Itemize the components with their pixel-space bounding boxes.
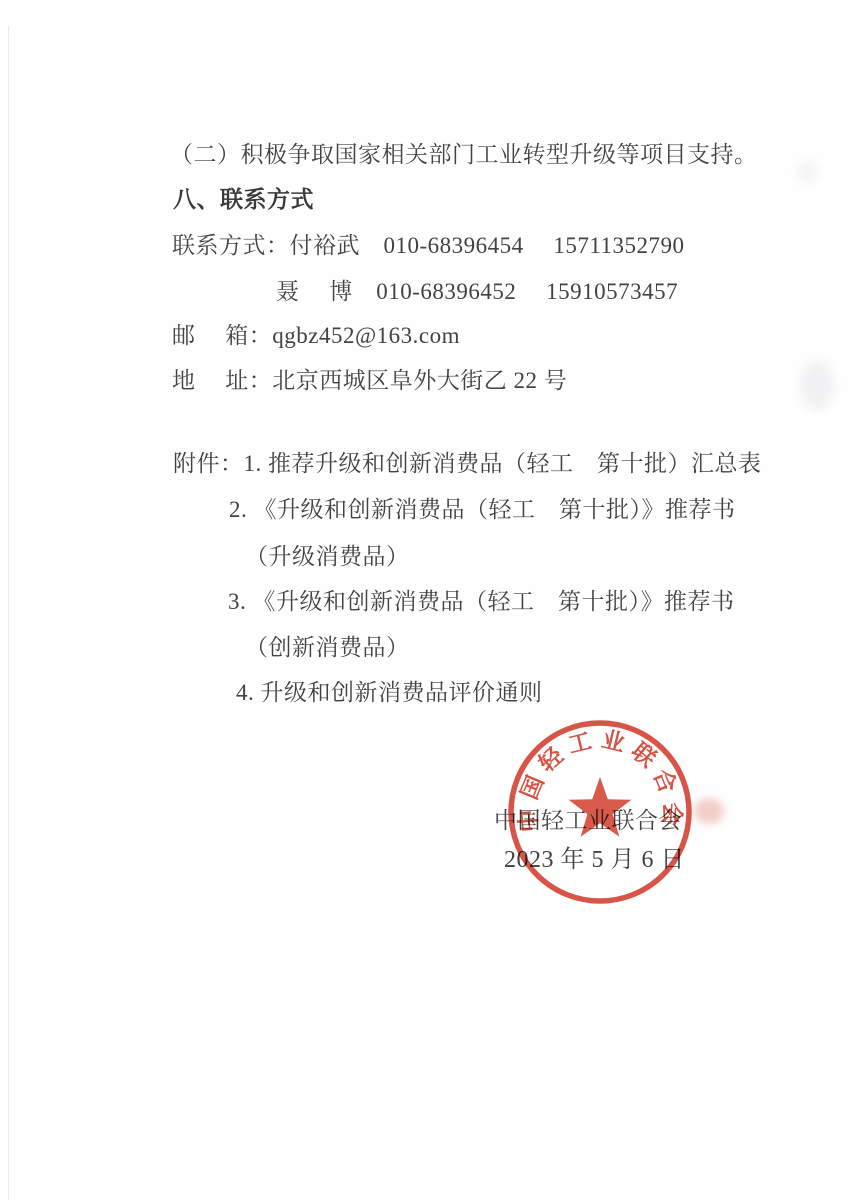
- attachment-item-2: 2. 《升级和创新消费品（轻工 第十批）》推荐书: [229, 495, 736, 525]
- attachment-item-4: 4. 升级和创新消费品评价通则: [236, 678, 543, 708]
- attachments-label-line: 附件：1. 推荐升级和创新消费品（轻工 第十批）汇总表: [173, 449, 762, 479]
- scan-smudge: [800, 360, 834, 410]
- scan-smudge: [796, 162, 818, 182]
- scan-artifact-left-edge: [8, 26, 9, 1200]
- body-paragraph: （二）积极争取国家相关部门工业转型升级等项目支持。: [170, 140, 758, 170]
- address-line: 地 址：北京西城区阜外大街乙 22 号: [172, 366, 567, 396]
- attachment-item-3-subtitle: （创新消费品）: [245, 633, 410, 663]
- email-line: 邮 箱：qgbz452@163.com: [172, 321, 460, 351]
- official-seal: 中国轻工业联合会: [495, 707, 705, 917]
- scanned-document-page: （二）积极争取国家相关部门工业转型升级等项目支持。 八、联系方式 联系方式：付裕…: [0, 0, 848, 1200]
- attachment-item-2-subtitle: （升级消费品）: [245, 542, 410, 572]
- attachment-item-3: 3. 《升级和创新消费品（轻工 第十批）》推荐书: [228, 587, 735, 617]
- seal-ink-smear: [694, 798, 724, 824]
- contact-line-1: 联系方式：付裕武 010-68396454 15711352790: [172, 231, 685, 261]
- section-heading: 八、联系方式: [173, 185, 314, 215]
- seal-star-icon: [569, 777, 632, 837]
- contact-line-2: 聂 博 010-68396452 15910573457: [276, 277, 678, 307]
